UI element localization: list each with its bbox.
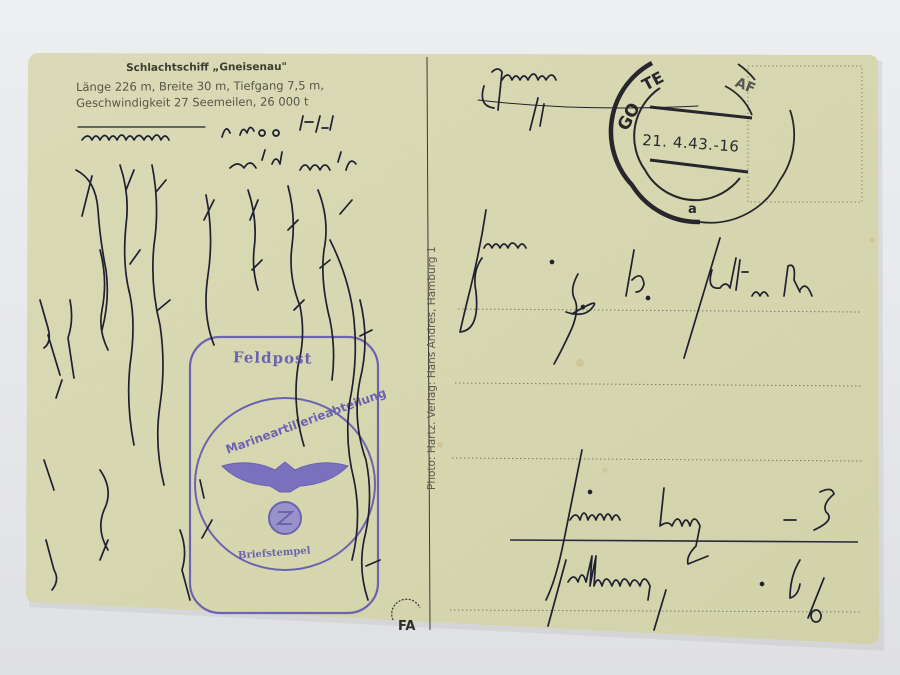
svg-text:FA: FA <box>398 619 415 634</box>
publisher-credit: Photo: Hartz. Verlag: Hans Andres, Hambu… <box>426 247 438 491</box>
postmark-sub-letter: a <box>688 202 697 217</box>
caption-dimensions: Länge 226 m, Breite 30 m, Tiefgang 7,5 m… <box>76 78 324 94</box>
feldpost-label: Feldpost <box>233 348 313 367</box>
caption-title: Schlachtschiff „Gneisenau" <box>126 61 287 74</box>
caption-speed-tonnage: Geschwindigkeit 27 Seemeilen, 26 000 t <box>76 94 309 110</box>
